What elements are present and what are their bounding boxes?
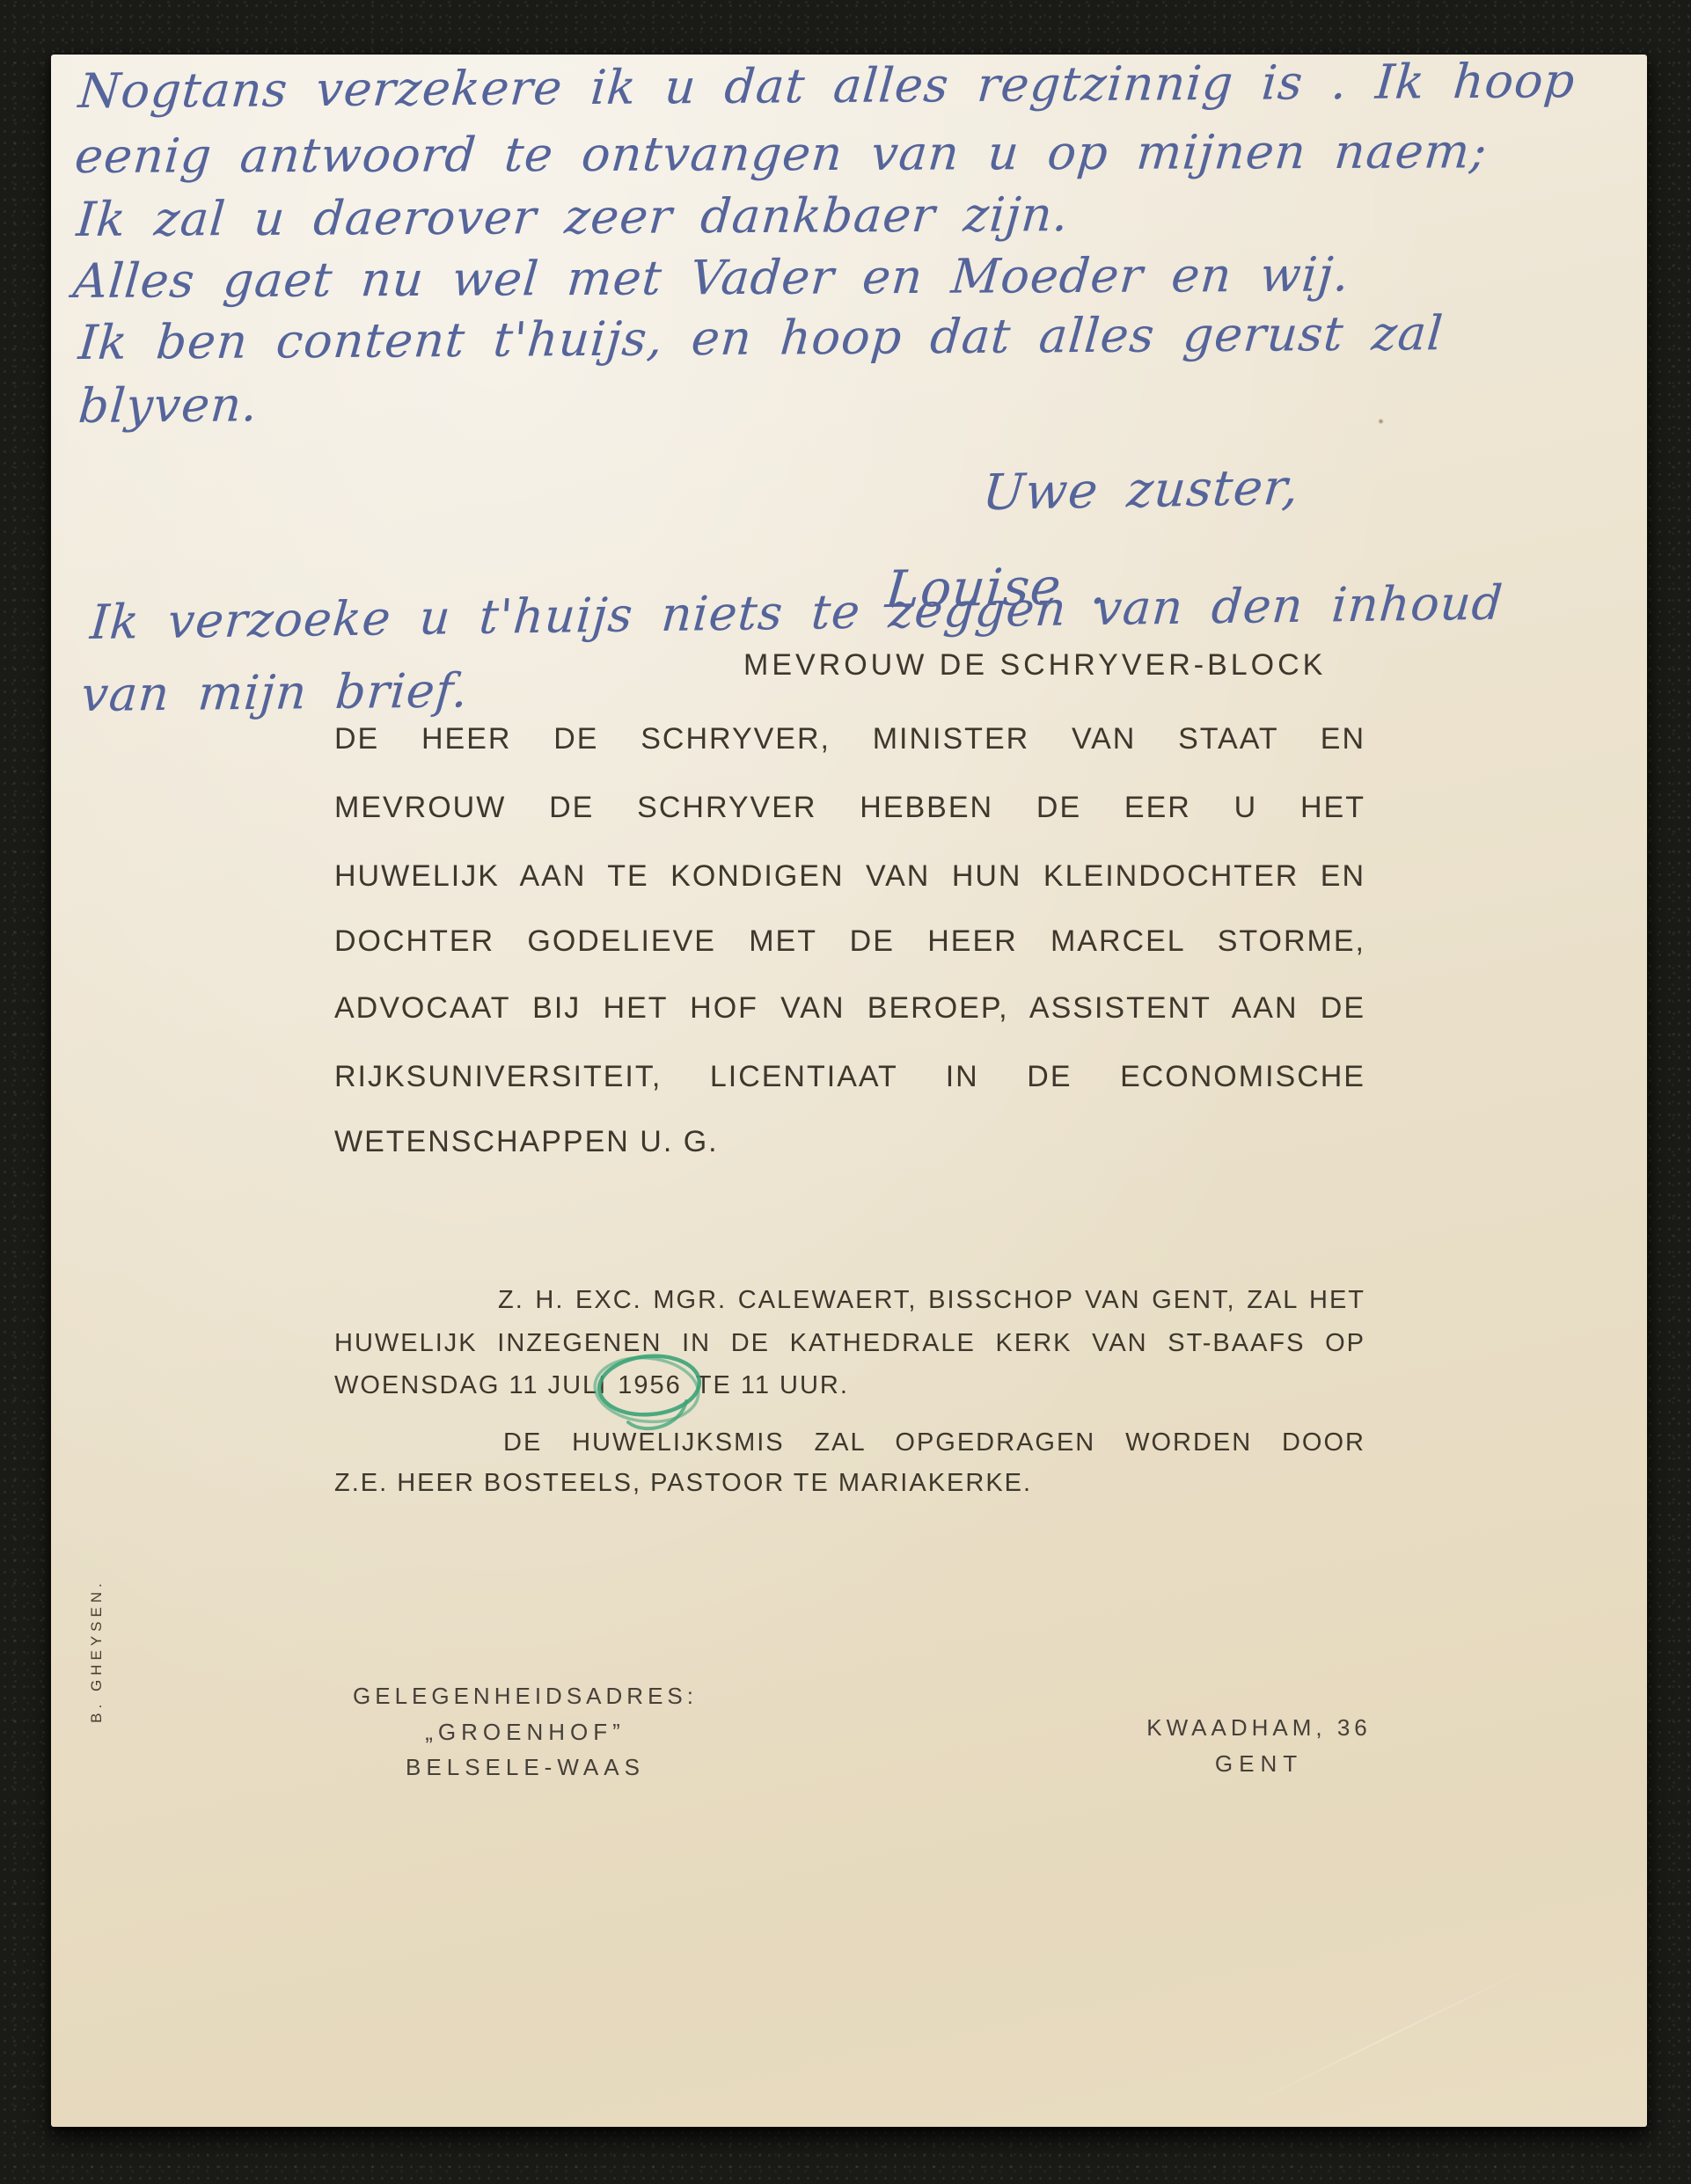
handwriting-postscript-line: van mijn brief. (79, 662, 470, 722)
printer-credit: B. GHEYSEN. (88, 1579, 106, 1723)
announcement-line: MEVROUW DE SCHRYVER-BLOCK (743, 649, 1326, 682)
announcement-line: DOCHTER GODELIEVE MET DE HEER MARCEL STO… (334, 925, 1365, 958)
occasion-address-heading: GELEGENHEIDSADRES: (305, 1683, 745, 1710)
photo-background: { "handwriting": { "ink_color": "#55659b… (0, 0, 1691, 2184)
circled-year-wrap: 1956 (618, 1371, 682, 1400)
ceremony-line: DE HUWELIJKSMIS ZAL OPGEDRAGEN WORDEN DO… (334, 1428, 1365, 1457)
handwriting-line: Ik zal u daerover zeer dankbaer zijn. (75, 186, 1072, 247)
announcement-line: HUWELIJK AAN TE KONDIGEN VAN HUN KLEINDO… (334, 860, 1365, 893)
occasion-address-place: BELSELE-WAAS (305, 1754, 745, 1781)
ceremony-line: Z. H. EXC. MGR. CALEWAERT, BISSCHOP VAN … (334, 1286, 1365, 1315)
ceremony-line: Z.E. HEER BOSTEELS, PASTOOR TE MARIAKERK… (334, 1469, 1365, 1498)
handwriting-postscript-line: Ik verzoeke u t'huijs niets te zeggen va… (88, 575, 1504, 650)
announcement-line: RIJKSUNIVERSITEIT, LICENTIAAT IN DE ECON… (334, 1061, 1365, 1093)
handwriting-line: Nogtans verzekere ik u dat alles regtzin… (77, 53, 1578, 119)
announcement-line: MEVROUW DE SCHRYVER HEBBEN DE EER U HET (334, 792, 1365, 824)
groom-address-street: KWAADHAM, 36 (1083, 1714, 1435, 1742)
handwriting-closing: Uwe zuster, (980, 459, 1301, 522)
handwriting-line: blyven. (77, 376, 260, 434)
ceremony-date-prefix: WOENSDAG 11 JULI (334, 1371, 607, 1399)
ceremony-date-suffix: TE 11 UUR. (696, 1371, 849, 1399)
ceremony-line: HUWELIJK INZEGENEN IN DE KATHEDRALE KERK… (334, 1329, 1365, 1358)
occasion-address-house-name: „GROENHOF” (305, 1719, 745, 1746)
handwriting-line: Ik ben content t'huijs, en hoop dat alle… (77, 305, 1446, 370)
letter-paper: Nogtans verzekere ik u dat alles regtzin… (51, 55, 1647, 2127)
paper-speck (1378, 419, 1384, 424)
announcement-line: DE HEER DE SCHRYVER, MINISTER VAN STAAT … (334, 723, 1365, 756)
handwriting-line: Alles gaet nu wel met Vader en Moeder en… (71, 246, 1352, 309)
handwriting-line: eenig antwoord te ontvangen van u op mij… (73, 123, 1490, 184)
ceremony-date-line: WOENSDAG 11 JULI 1956TE 11 UUR. (334, 1371, 1365, 1400)
paper-crease (1237, 1967, 1530, 2111)
groom-address-city: GENT (1083, 1750, 1435, 1778)
circled-year: 1956 (618, 1371, 682, 1399)
announcement-line: WETENSCHAPPEN U. G. (334, 1126, 1365, 1158)
announcement-line: ADVOCAAT BIJ HET HOF VAN BEROEP, ASSISTE… (334, 992, 1365, 1025)
